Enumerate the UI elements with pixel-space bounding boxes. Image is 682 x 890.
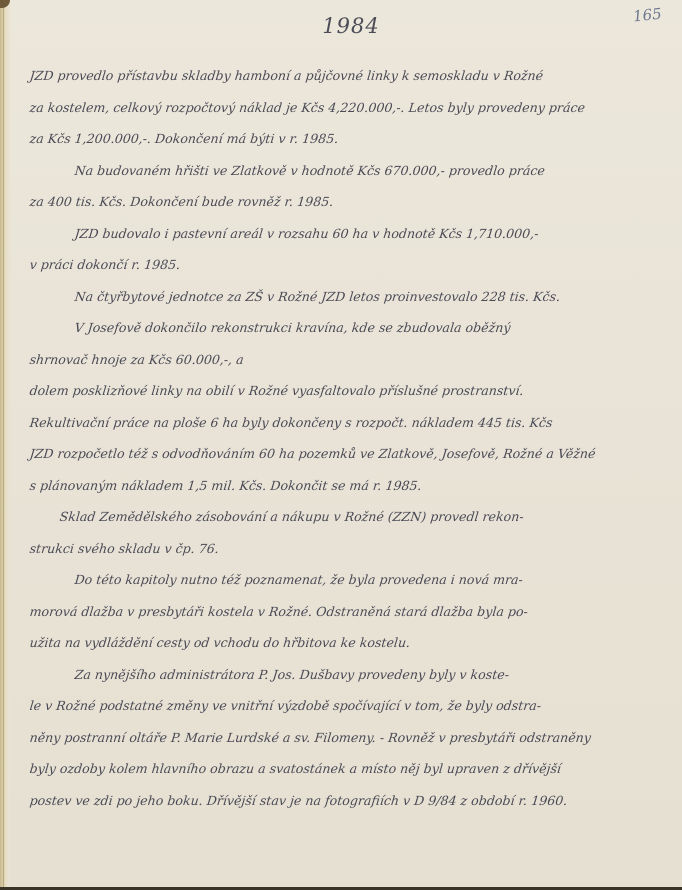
handwritten-text-body: JZD provedlo přístavbu skladby hamboní a… — [28, 60, 628, 816]
text-line: postev ve zdi po jeho boku. Dřívější sta… — [28, 785, 631, 817]
text-line: užita na vydláždění cesty od vchodu do h… — [28, 627, 631, 659]
text-line: něny postranní oltáře P. Marie Lurdské a… — [28, 722, 631, 754]
text-line: v práci dokončí r. 1985. — [28, 249, 631, 281]
book-binding-edge — [0, 0, 10, 890]
text-line: za kostelem, celkový rozpočtový náklad j… — [28, 92, 631, 124]
text-line: za 400 tis. Kčs. Dokončení bude rovněž r… — [28, 186, 631, 218]
text-line: Na budovaném hřišti ve Zlatkově v hodnot… — [28, 155, 631, 187]
text-line: morová dlažba v presbytáři kostela v Rož… — [28, 596, 631, 628]
text-line: strukci svého skladu v čp. 76. — [28, 533, 631, 565]
text-line: s plánovaným nákladem 1,5 mil. Kčs. Doko… — [28, 470, 631, 502]
text-line: za Kčs 1,200.000,-. Dokončení má býti v … — [28, 123, 631, 155]
text-line: shrnovač hnoje za Kčs 60.000,-, a — [28, 344, 631, 376]
text-line: byly ozdoby kolem hlavního obrazu a svat… — [28, 753, 631, 785]
chronicle-page: 165 1984 JZD provedlo přístavbu skladby … — [0, 0, 682, 890]
text-line: dolem posklizňové linky na obilí v Rožné… — [28, 375, 631, 407]
text-line: Sklad Zemědělského zásobování a nákupu v… — [28, 501, 631, 533]
year-heading: 1984 — [0, 14, 682, 38]
text-line: JZD budovalo i pastevní areál v rozsahu … — [28, 218, 631, 250]
text-line: Za nynějšího administrátora P. Jos. Dušb… — [28, 659, 631, 691]
text-line: JZD rozpočetlo též s odvodňováním 60 ha … — [28, 438, 631, 470]
text-line: le v Rožné podstatné změny ve vnitřní vý… — [28, 690, 631, 722]
text-line: Na čtyřbytové jednotce za ZŠ v Rožné JZD… — [28, 281, 631, 313]
text-line: Rekultivační práce na ploše 6 ha byly do… — [28, 407, 631, 439]
text-line: V Josefově dokončilo rekonstrukci kravín… — [28, 312, 631, 344]
text-line: JZD provedlo přístavbu skladby hamboní a… — [28, 60, 631, 92]
text-line: Do této kapitoly nutno též poznamenat, ž… — [28, 564, 631, 596]
